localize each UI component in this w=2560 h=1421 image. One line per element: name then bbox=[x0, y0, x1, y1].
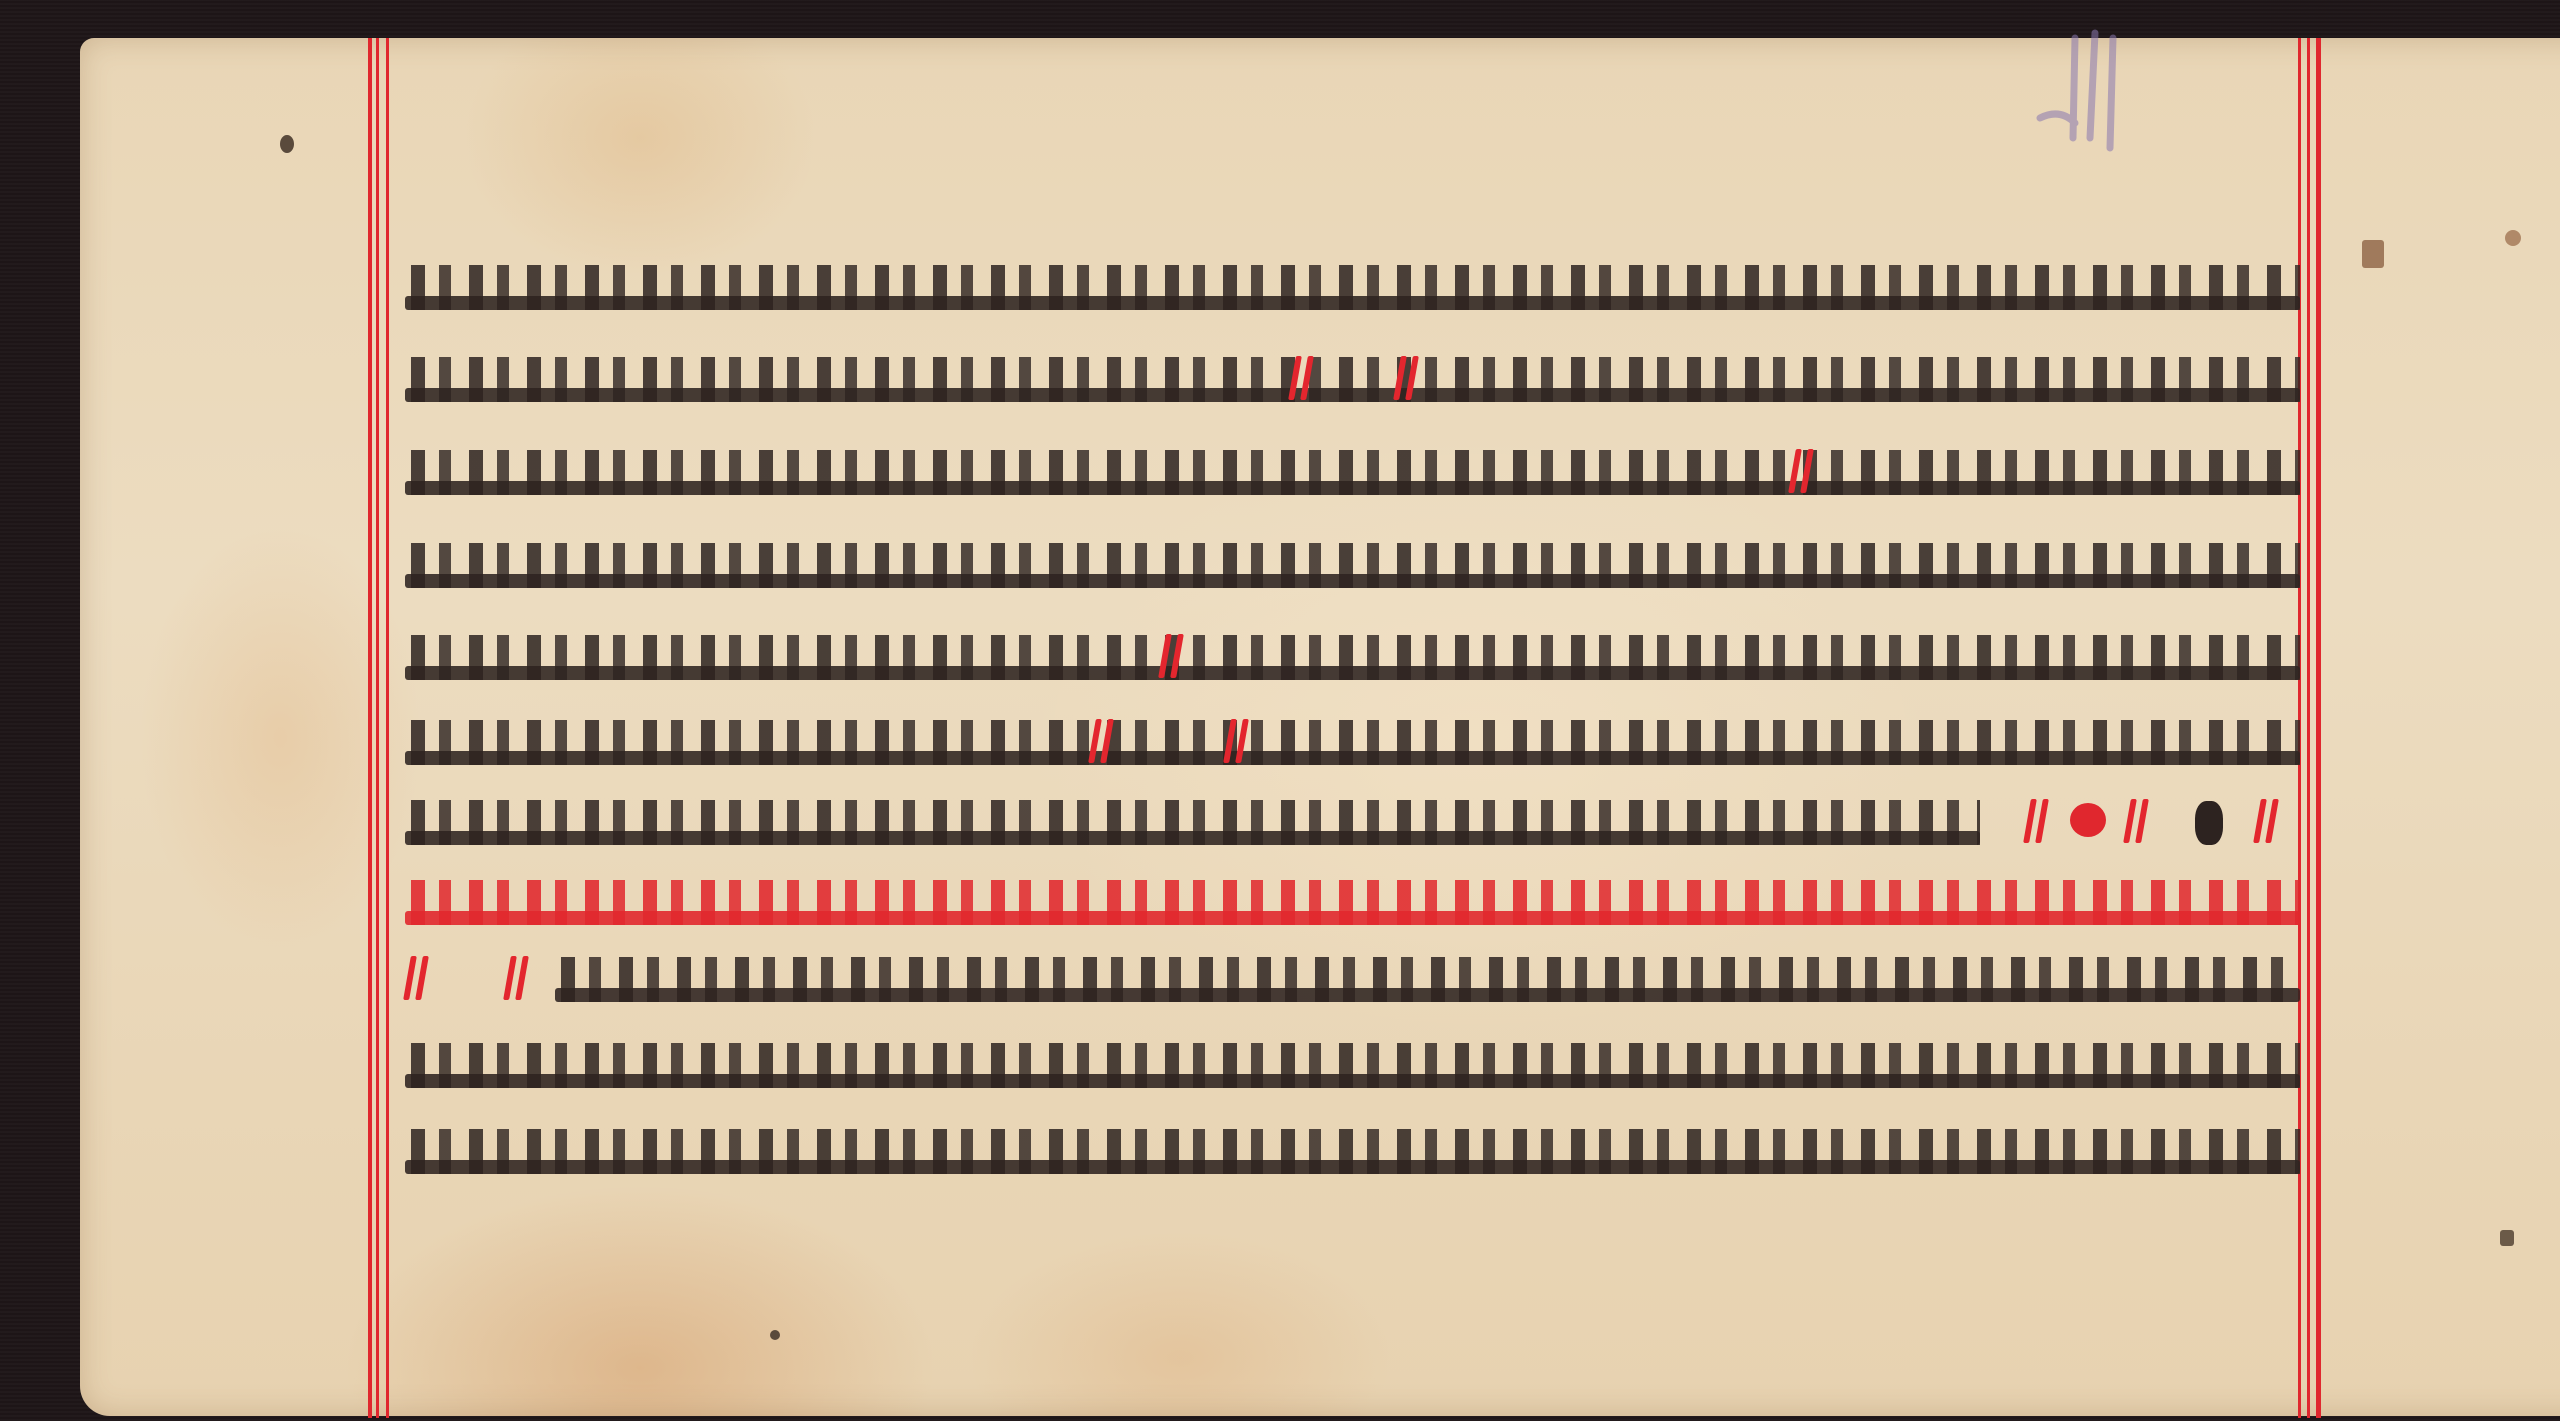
text-line-7: ends with red dandas around red numeral … bbox=[405, 785, 2300, 855]
double-danda-mark bbox=[1160, 634, 1182, 678]
right-margin-rule bbox=[2298, 38, 2338, 1418]
red-numeral bbox=[2070, 803, 2106, 837]
stain-spot bbox=[2500, 1230, 2514, 1246]
black-numeral bbox=[2195, 801, 2223, 845]
double-danda-mark bbox=[2255, 799, 2277, 843]
text-line-10: continuous text bbox=[405, 1028, 2300, 1098]
text-line-3: contains red double danda bbox=[405, 435, 2300, 505]
stain-spot bbox=[2362, 240, 2384, 268]
text-line-1: begins with visarga-like mark bbox=[405, 250, 2300, 320]
text-line-5: contains red double danda bbox=[405, 620, 2300, 690]
double-danda-mark bbox=[505, 956, 527, 1000]
stain-spot bbox=[2505, 230, 2521, 246]
stain-spot bbox=[280, 135, 294, 153]
text-line-9: begins with red double dandas and circul… bbox=[405, 942, 2300, 1012]
text-block: begins with visarga-like mark contains r… bbox=[405, 250, 2300, 1200]
double-danda-mark bbox=[2025, 799, 2047, 843]
double-danda-mark bbox=[1290, 356, 1312, 400]
text-line-6: contains red double dandas and circular … bbox=[405, 705, 2300, 775]
double-danda-mark bbox=[1225, 719, 1247, 763]
text-line-8-rubric: rubricated line (red ink) bbox=[405, 865, 2300, 935]
purple-mark bbox=[2035, 28, 2125, 158]
text-line-2: contains red double danda and circular s… bbox=[405, 342, 2300, 412]
stain-spot bbox=[770, 1330, 780, 1340]
double-danda-mark bbox=[1790, 449, 1812, 493]
left-margin-rule bbox=[368, 38, 408, 1418]
text-line-11: final line, ends before right margin bbox=[405, 1114, 2300, 1184]
double-danda-mark bbox=[2125, 799, 2147, 843]
double-danda-mark bbox=[1090, 719, 1112, 763]
double-danda-mark bbox=[405, 956, 427, 1000]
text-line-4: continuous text bbox=[405, 528, 2300, 598]
double-danda-mark bbox=[1395, 356, 1417, 400]
